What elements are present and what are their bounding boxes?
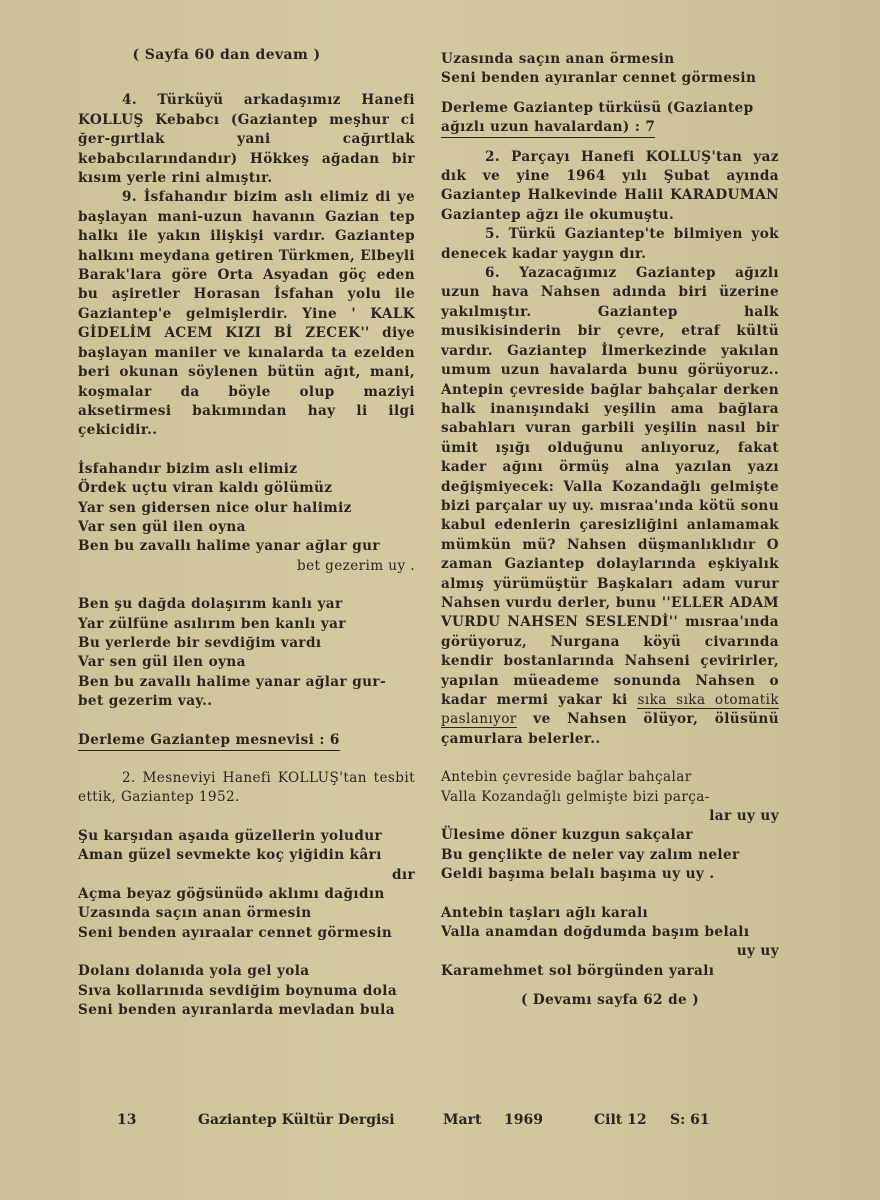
- issue-year: 1969: [504, 1112, 543, 1128]
- verse-line: Antebin taşları ağlı karalı: [441, 904, 779, 923]
- paragraph-9: 9. İsfahandır bizim aslı elimiz di ye ba…: [78, 188, 415, 440]
- verse-line: Geldi başıma belalı başıma uy uy .: [441, 865, 779, 884]
- continued-from-note: ( Sayfa 60 dan devam ): [78, 46, 415, 65]
- verse-line: Ördek uçtu viran kaldı gölümüz: [78, 479, 415, 498]
- verse-line: Ben bu zavallı halime yanar ağlar gur-: [78, 673, 415, 692]
- verse-line: Valla anamdan doğdumda başım belalı: [441, 923, 779, 942]
- verse-line: Sıva kollarınıda sevdiğim boynuma dola: [78, 982, 415, 1001]
- verse-block-3: Şu karşıdan aşaıda güzellerin yoludur Am…: [78, 827, 415, 943]
- verse-line: Ben bu zavallı halime yanar ağlar gur: [78, 537, 415, 556]
- verse-line: bet gezerim vay..: [78, 692, 415, 711]
- verse-line: Ülesime döner kuzgun sakçalar: [441, 826, 779, 845]
- verse-line: lar uy uy: [441, 807, 779, 826]
- verse-block-2: Ben şu dağda dolaşırım kanlı yar Yar zül…: [78, 595, 415, 711]
- volume-label: Cilt 12: [594, 1112, 647, 1128]
- verse-line: Karamehmet sol börgünden yaralı: [441, 962, 779, 981]
- paragraph-5: 5. Türkü Gaziantep'te bilmiyen yok denec…: [441, 225, 779, 264]
- paragraph-6: 6. Yazacağımız Gaziantep ağızlı uzun hav…: [441, 264, 779, 749]
- verse-block-1: Antebin çevreside bağlar bahçalar Valla …: [441, 768, 779, 884]
- right-column: Uzasında saçın anan örmesin Seni benden …: [441, 50, 779, 1011]
- verse-block-4: Dolanı dolanıda yola gel yola Sıva kolla…: [78, 962, 415, 1020]
- verse-line: Yar zülfüne asılırım ben kanlı yar: [78, 615, 415, 634]
- verse-line: Valla Kozandağlı gelmişte bizi parça-: [441, 788, 779, 807]
- verse-line: Bu yerlerde bir sevdiğim vardı: [78, 634, 415, 653]
- verse-line: İsfahandır bizim aslı elimiz: [78, 460, 415, 479]
- verse-line: dır: [78, 866, 415, 885]
- heading-line: ağızlı uzun havalardan) : 7: [441, 119, 655, 138]
- verse-block-top: Uzasında saçın anan örmesin Seni benden …: [441, 50, 779, 89]
- section-heading-7: Derleme Gaziantep türküsü (Gaziantep ağı…: [441, 99, 779, 138]
- verse-line: Uzasında saçın anan örmesin: [78, 904, 415, 923]
- verse-line: Yar sen gidersen nice olur halimiz: [78, 499, 415, 518]
- left-column: ( Sayfa 60 dan devam ) 4. Türküyü arkada…: [78, 46, 415, 1020]
- verse-line: Seni benden ayıraalar cennet görmesin: [78, 924, 415, 943]
- verse-line: bet gezerim uy .: [78, 557, 415, 576]
- journal-title: Gaziantep Kültür Dergisi: [198, 1112, 395, 1128]
- paragraph-2: 2. Parçayı Hanefi KOLLUŞ'tan yaz dık ve …: [441, 148, 779, 226]
- verse-line: Bu gençlikte de neler vay zalım neler: [441, 846, 779, 865]
- continued-to-note: ( Devamı sayfa 62 de ): [441, 991, 779, 1010]
- verse-line: Var sen gül ilen oyna: [78, 518, 415, 537]
- verse-line: uy uy: [441, 942, 779, 961]
- page-number: 13: [117, 1112, 136, 1128]
- verse-block-1: İsfahandır bizim aslı elimiz Ördek uçtu …: [78, 460, 415, 576]
- magazine-page: ( Sayfa 60 dan devam ) 4. Türküyü arkada…: [0, 0, 880, 1200]
- verse-line: Uzasında saçın anan örmesin: [441, 50, 779, 69]
- verse-line: Seni benden ayıranlar cennet görmesin: [441, 69, 779, 88]
- issue-month: Mart: [443, 1112, 481, 1128]
- page-footer: 13 Gaziantep Kültür Dergisi Mart 1969 Ci…: [0, 1112, 880, 1136]
- verse-line: Var sen gül ilen oyna: [78, 653, 415, 672]
- heading-line: Derleme Gaziantep türküsü (Gaziantep: [441, 99, 779, 118]
- paragraph-4: 4. Türküyü arkadaşımız Hanefi KOLLUŞ Keb…: [78, 91, 415, 188]
- section-heading-6: Derleme Gaziantep mesnevisi : 6: [78, 732, 340, 751]
- verse-line: Şu karşıdan aşaıda güzellerin yoludur: [78, 827, 415, 846]
- paragraph-text: 6. Yazacağımız Gaziantep ağızlı uzun hav…: [441, 265, 779, 708]
- verse-line: Seni benden ayıranlarda mevladan bula: [78, 1001, 415, 1020]
- verse-line: Aman güzel sevmekte koç yiğidin kârı: [78, 846, 415, 865]
- verse-line: Dolanı dolanıda yola gel yola: [78, 962, 415, 981]
- verse-line: Antebin çevreside bağlar bahçalar: [441, 768, 779, 787]
- verse-line: Açma beyaz göğsünüdə aklımı dağıdın: [78, 885, 415, 904]
- verse-block-2: Antebin taşları ağlı karalı Valla anamda…: [441, 904, 779, 982]
- verse-line: Ben şu dağda dolaşırım kanlı yar: [78, 595, 415, 614]
- issue-number: S: 61: [670, 1112, 710, 1128]
- paragraph-2: 2. Mesneviyi Hanefi KOLLUŞ'tan tesbit et…: [78, 769, 415, 808]
